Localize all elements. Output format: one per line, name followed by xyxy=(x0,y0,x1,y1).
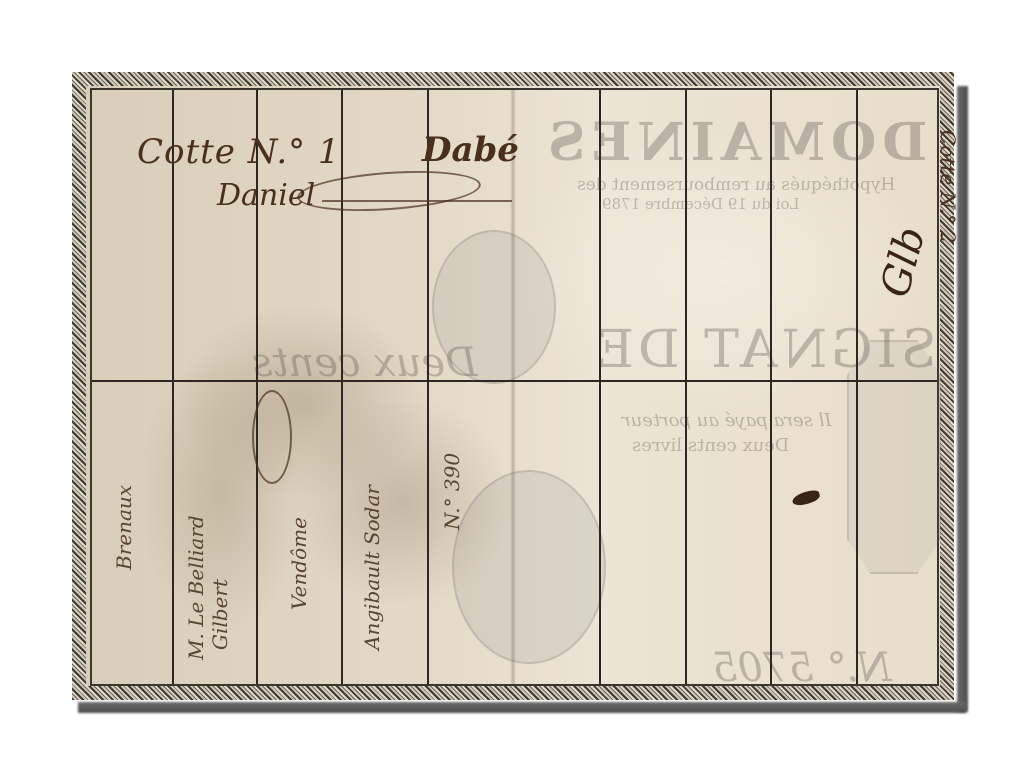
ink-blot xyxy=(791,489,821,508)
grid-line-horizontal xyxy=(92,380,937,382)
grid-line xyxy=(685,90,687,684)
assignat-banknote: DOMAINES Hypothéqués au remboursement de… xyxy=(72,72,954,700)
ghost-payable-1: Il sera payé au porteur xyxy=(622,410,831,431)
handwritten-signature-right: Glb xyxy=(872,222,935,302)
flourish-loop xyxy=(252,390,292,484)
ghost-subtitle-1: Hypothéqués au remboursement des xyxy=(577,175,895,195)
ghost-assignat-word: SIGNAT DE xyxy=(592,320,937,380)
fold-crease-vertical xyxy=(510,90,516,684)
grid-line xyxy=(599,90,601,684)
signature-flourish xyxy=(296,166,482,217)
drop-shadow-bottom xyxy=(78,702,966,713)
grid-line xyxy=(172,90,174,684)
handwritten-name-dabe: Dabé xyxy=(422,130,519,170)
handwritten-cotte-number: Cotte N.° 1 xyxy=(137,132,341,172)
handwritten-right-edge: Cotte N.° 2 xyxy=(936,130,960,243)
endorsement-col-1: Brenaux xyxy=(112,485,136,570)
endorsement-col-6: N.° 390 xyxy=(440,453,464,530)
grid-line xyxy=(856,90,858,684)
endorsement-col-3: Gilbert xyxy=(208,579,232,650)
endorsement-col-5: Angibault Sodar xyxy=(360,485,384,650)
ghost-payable-2: Deux cents livres xyxy=(632,435,789,456)
endorsement-col-2: M. Le Belliard xyxy=(184,515,208,660)
signature-underline xyxy=(322,200,512,208)
ghost-serial-number: N.° 5705 xyxy=(712,645,892,691)
ghost-medallion-bottom xyxy=(452,470,606,664)
endorsement-grid: DOMAINES Hypothéqués au remboursement de… xyxy=(92,90,937,684)
endorsement-col-4: Vendôme xyxy=(287,517,311,610)
grid-line xyxy=(770,90,772,684)
